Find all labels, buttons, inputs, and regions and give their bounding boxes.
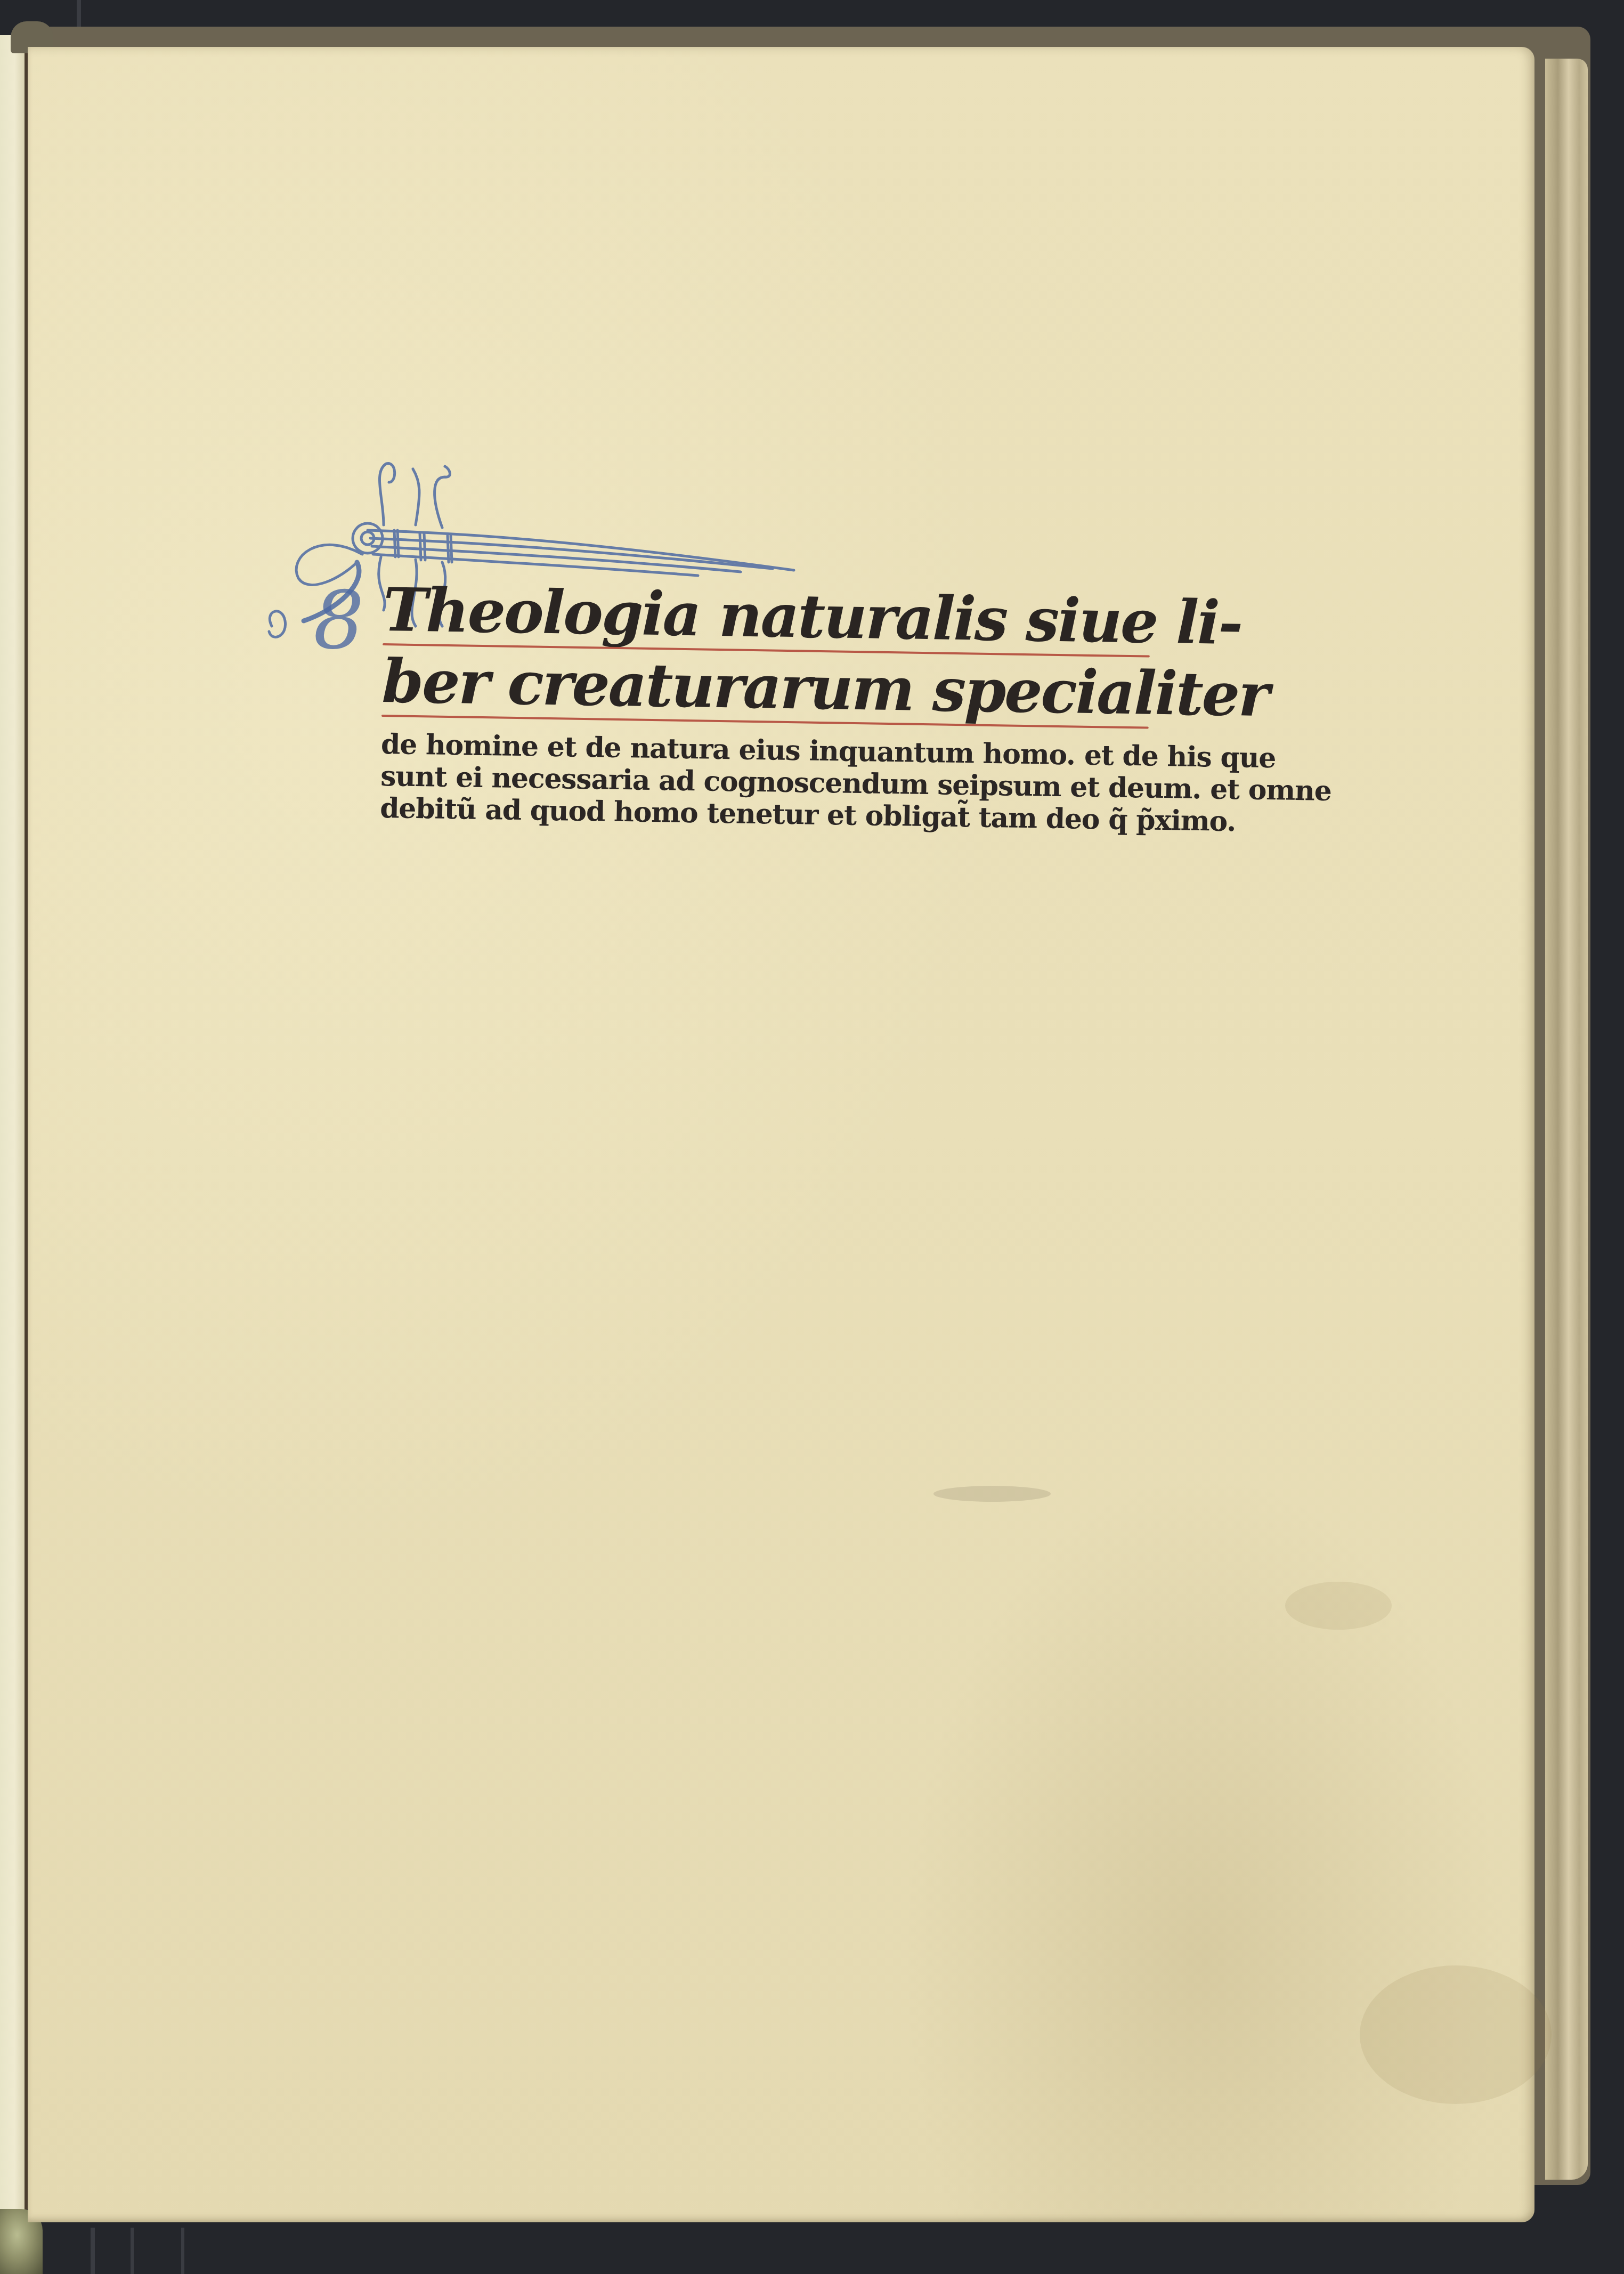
background-slat [181,2228,184,2274]
background-slat [131,2228,134,2274]
paper-stain [1360,1965,1552,2104]
title-block: Theologia naturalis siue li- ber creatur… [380,578,1140,836]
paper-stain [1285,1582,1392,1630]
subtitle: de homine et de natura eius inquantum ho… [380,729,1138,836]
page-fore-edge [1545,59,1588,2180]
paper-stain [933,1486,1051,1502]
book-page [28,47,1534,2222]
title-line-1: Theologia naturalis siue li- [383,578,1140,654]
background-slat [91,2228,95,2274]
facing-leaf-edge [0,35,28,2210]
title-line-2: ber creaturarum specialiter [381,650,1139,725]
manuscript-folio-mark: 8 [313,574,364,667]
